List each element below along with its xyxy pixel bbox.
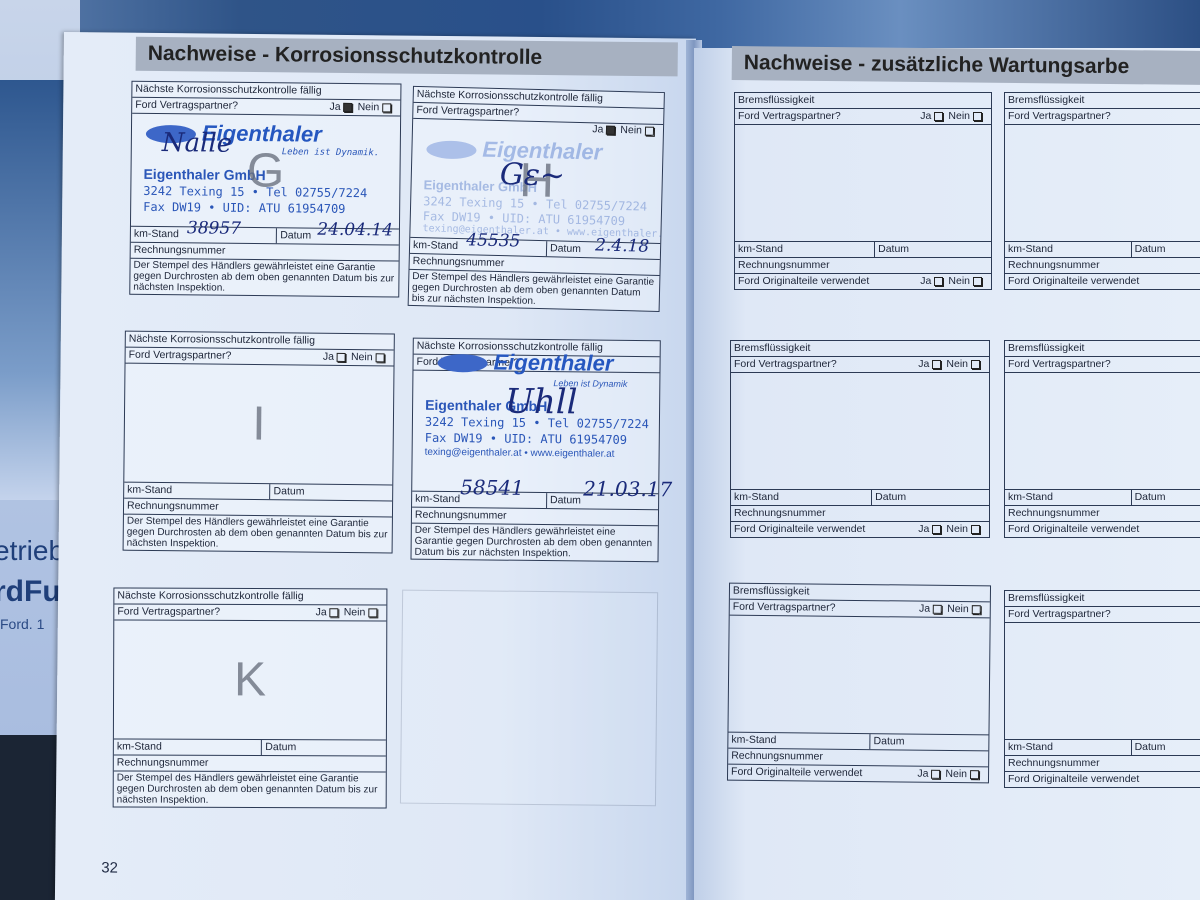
- brake-fluid-form-2: Bremsflüssigkeit Ford Vertragspartner?Ja…: [1004, 92, 1200, 290]
- page-title: Nachweise - zusätzliche Wartungsarbe: [732, 46, 1200, 85]
- date-value[interactable]: 24.04.14: [317, 223, 393, 239]
- original-parts-label: Ford Originalteile verwendet: [738, 275, 869, 287]
- partner-row: Ford Vertragspartner?Ja: [1005, 109, 1200, 125]
- no-checkbox[interactable]: [971, 525, 980, 534]
- km-date-row: km-StandDatum: [731, 490, 989, 506]
- yes-label: Ja: [329, 101, 340, 113]
- stamp-area: [1005, 623, 1200, 740]
- km-label: km-Stand: [117, 741, 162, 753]
- stamp-area: Eigenthaler Leben ist Dynamik Eigenthale…: [412, 371, 659, 495]
- date-label: Datum: [550, 242, 581, 255]
- brake-fluid-form-3: Bremsflüssigkeit Ford Vertragspartner?Ja…: [730, 340, 990, 538]
- stamp-slogan: Leben ist Dynamik.: [282, 147, 380, 158]
- invoice-row: Rechnungsnummer: [412, 508, 658, 527]
- partner-row: Ford Vertragspartner?: [1005, 607, 1200, 623]
- stamp-area: [731, 373, 989, 490]
- ford-logo-icon: [437, 354, 487, 373]
- yes-label: Ja: [592, 123, 603, 135]
- brake-fluid-form-6: Bremsflüssigkeit Ford Vertragspartner? k…: [1004, 590, 1200, 788]
- date-value[interactable]: 21.03.17: [583, 481, 672, 497]
- corrosion-form-h: Nächste Korrosionsschutzkontrolle fällig…: [408, 86, 665, 312]
- date-value[interactable]: 2.4.18: [595, 238, 649, 254]
- stamp-area: JaNein Eigenthaler Eigenthaler GmbH 3242…: [410, 119, 663, 244]
- stamp-fax: Fax DW19 • UID: ATU 61954709: [143, 200, 345, 216]
- stamp-area: I: [124, 364, 393, 486]
- date-label: Datum: [1132, 242, 1169, 257]
- km-label: km-Stand: [127, 484, 172, 496]
- original-parts-row: Ford Originalteile verwendetJaNein: [731, 522, 989, 537]
- km-value[interactable]: 58541: [460, 480, 524, 496]
- no-checkbox[interactable]: [972, 605, 981, 614]
- left-page: Nachweise - Korrosionsschutzkontrolle Nä…: [55, 32, 696, 900]
- partner-row: Ford Vertragspartner?JaNein: [735, 109, 991, 125]
- date-label: Datum: [550, 494, 581, 506]
- no-checkbox[interactable]: [973, 277, 982, 286]
- km-value[interactable]: 38957: [187, 221, 241, 237]
- brake-fluid-form-1: Bremsflüssigkeit Ford Vertragspartner?Ja…: [734, 92, 992, 290]
- page-title: Nachweise - Korrosionsschutzkontrolle: [136, 37, 678, 77]
- no-label: Nein: [351, 351, 373, 363]
- invoice-row: Rechnungsnummer: [1005, 258, 1200, 274]
- original-parts-row: Ford Originalteile verwendet: [1005, 522, 1200, 537]
- partner-label: Ford Vertragspartner?: [1008, 110, 1111, 122]
- no-checkbox[interactable]: [970, 770, 979, 779]
- km-label: km-Stand: [1005, 242, 1132, 257]
- partner-label: Ford Vertragspartner?: [135, 99, 238, 112]
- partner-label: Ford Vertragspartner?: [416, 104, 519, 119]
- yes-checkbox[interactable]: [932, 360, 941, 369]
- km-date-row: km-Stand Datum: [114, 740, 386, 757]
- no-checkbox[interactable]: [971, 360, 980, 369]
- form-letter: G: [247, 143, 285, 198]
- no-label: Nein: [948, 110, 970, 122]
- form-heading: Bremsflüssigkeit: [1005, 341, 1200, 357]
- corrosion-form-g: Nächste Korrosionsschutzkontrolle fällig…: [129, 81, 401, 298]
- no-label: Nein: [620, 124, 642, 137]
- no-label: Nein: [358, 101, 380, 113]
- stamp-area: [1005, 125, 1200, 242]
- no-checkbox[interactable]: [382, 103, 391, 112]
- signature: Uhll: [505, 382, 578, 423]
- stamp-area: [728, 616, 989, 736]
- invoice-row: Rechnungsnummer: [1005, 506, 1200, 522]
- date-label: Datum: [265, 741, 296, 753]
- partner-row: Ford Vertragspartner? JaNein: [114, 605, 386, 622]
- guarantee-note: Der Stempel des Händlers gewährleistet e…: [130, 259, 398, 297]
- yes-checkbox[interactable]: [330, 608, 339, 617]
- signature: Nalle: [162, 128, 233, 159]
- date-label: Datum: [875, 242, 912, 257]
- show-through-form: [400, 590, 658, 807]
- km-date-row: km-StandDatum: [1005, 242, 1200, 258]
- date-label: Datum: [280, 229, 311, 241]
- km-label: km-Stand: [134, 228, 179, 240]
- yes-checkbox[interactable]: [934, 277, 943, 286]
- yes-label: Ja: [316, 606, 327, 618]
- yes-label: Ja: [323, 351, 334, 363]
- corrosion-form-k: Nächste Korrosionsschutzkontrolle fällig…: [113, 588, 388, 809]
- invoice-row: Rechnungsnummer: [735, 258, 991, 274]
- yes-checkbox[interactable]: [344, 103, 353, 112]
- right-page: Nachweise - zusätzliche Wartungsarbe Bre…: [694, 48, 1200, 900]
- km-label: km-Stand: [413, 239, 458, 252]
- yes-checkbox[interactable]: [337, 353, 346, 362]
- stamp-email: texing@eigenthaler.at • www.eigenthaler.…: [425, 447, 615, 460]
- guarantee-note: Der Stempel des Händlers gewährleistet e…: [114, 772, 386, 808]
- brake-fluid-form-4: Bremsflüssigkeit Ford Vertragspartner? k…: [1004, 340, 1200, 538]
- corrosion-form-i: Nächste Korrosionsschutzkontrolle fällig…: [123, 331, 395, 554]
- brake-fluid-form-5: Bremsflüssigkeit Ford Vertragspartner?Ja…: [727, 583, 991, 784]
- invoice-row: Rechnungsnummer: [731, 506, 989, 522]
- no-label: Nein: [344, 606, 366, 618]
- partner-row: Ford Vertragspartner?JaNein: [730, 600, 990, 619]
- partner-label: Ford Vertragspartner?: [738, 110, 841, 122]
- yes-checkbox[interactable]: [931, 769, 940, 778]
- stamp-area: [1005, 373, 1200, 490]
- invoice-row: Rechnungsnummer: [1005, 756, 1200, 772]
- form-letter: I: [252, 396, 266, 451]
- yes-checkbox[interactable]: [606, 125, 615, 134]
- original-parts-row: Ford Originalteile verwendetJaNein: [735, 274, 991, 289]
- original-parts-row: Ford Originalteile verwendetJaNein: [728, 765, 988, 783]
- km-date-row: km-StandDatum: [1005, 490, 1200, 506]
- original-parts-row: Ford Originalteile verwendetJa: [1005, 274, 1200, 289]
- no-checkbox[interactable]: [368, 608, 377, 617]
- stamp-area: [735, 125, 991, 242]
- invoice-row: Rechnungsnummer: [124, 499, 392, 518]
- signature: Gɛ~: [499, 157, 565, 194]
- partner-row: Ford Vertragspartner?: [1005, 357, 1200, 373]
- form-heading: Bremsflüssigkeit: [1005, 591, 1200, 607]
- page-number: 32: [101, 859, 118, 876]
- km-label: km-Stand: [735, 242, 875, 257]
- km-value[interactable]: 45535: [466, 233, 520, 249]
- form-letter: K: [234, 652, 266, 707]
- dealer-stamp-logo: Eigenthaler: [437, 349, 613, 377]
- no-checkbox[interactable]: [376, 353, 385, 362]
- form-heading: Bremsflüssigkeit: [735, 93, 991, 109]
- no-checkbox[interactable]: [973, 112, 982, 121]
- form-heading: Bremsflüssigkeit: [1005, 93, 1200, 109]
- yes-label: Ja: [920, 110, 931, 122]
- date-label: Datum: [273, 485, 304, 497]
- yes-checkbox[interactable]: [932, 525, 941, 534]
- stamp-fax: Fax DW19 • UID: ATU 61954709: [425, 431, 627, 447]
- guarantee-note: Der Stempel des Händlers gewährleistet e…: [412, 524, 658, 562]
- guarantee-note: Der Stempel des Händlers gewährleistet e…: [409, 270, 660, 311]
- next-check-label: Nächste Korrosionsschutzkontrolle fällig: [114, 589, 386, 606]
- form-heading: Bremsflüssigkeit: [731, 341, 989, 357]
- invoice-row: Rechnungsnummer: [131, 243, 399, 262]
- km-label: km-Stand: [415, 493, 460, 505]
- stamp-area: K: [114, 621, 386, 741]
- guarantee-note: Der Stempel des Händlers gewährleistet e…: [124, 515, 392, 553]
- ford-logo-icon: [426, 140, 476, 159]
- corrosion-form-j: Nächste Korrosionsschutzkontrolle fällig…: [410, 338, 660, 563]
- invoice-row: Rechnungsnummer: [114, 756, 386, 773]
- partner-row: Ford Vertragspartner?JaNein: [731, 357, 989, 373]
- original-parts-row: Ford Originalteile verwendet: [1005, 772, 1200, 787]
- yes-checkbox[interactable]: [933, 604, 942, 613]
- km-date-row: km-StandDatum: [735, 242, 991, 258]
- partner-label: Ford Vertragspartner?: [117, 606, 220, 618]
- stamp-area: Eigenthaler Leben ist Dynamik. Eigenthal…: [131, 114, 400, 230]
- km-date-row: km-StandDatum: [1005, 740, 1200, 756]
- no-checkbox[interactable]: [645, 126, 654, 135]
- yes-checkbox[interactable]: [934, 112, 943, 121]
- partner-label: Ford Vertragspartner?: [129, 349, 232, 362]
